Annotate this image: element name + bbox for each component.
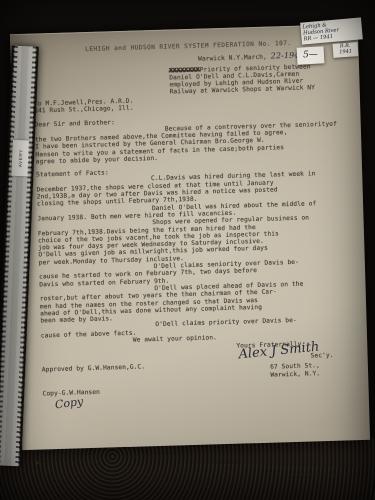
photo-of-letter: LEHIGH and HUDSON RIVER SYSTEM FEDERATIO… xyxy=(0,0,375,500)
approved-by-line: Approved by G.W.Hansen,G.C. xyxy=(42,364,145,374)
catalog-sticker: R.R. 1941 xyxy=(333,42,359,57)
secretary-title: Sec'y. xyxy=(311,352,334,360)
dateline-typed: Warwick N.Y.March, xyxy=(198,54,267,63)
copy-handwritten: Copy xyxy=(54,395,84,412)
binder-brand-text: AVERY xyxy=(18,149,24,167)
binder-brand-label: AVERY xyxy=(11,140,29,177)
secretary-address: 67 South St., Warwick, N.Y. xyxy=(270,362,320,378)
closing-block: Yours Fraternally, Alex J Smith Sec'y. 6… xyxy=(41,339,355,412)
price-sticker: 5— xyxy=(297,46,325,64)
letter-paper: LEHIGH and HUDSON RIVER SYSTEM FEDERATIO… xyxy=(10,24,370,450)
letter-content: LEHIGH and HUDSON RIVER SYSTEM FEDERATIO… xyxy=(10,24,370,450)
